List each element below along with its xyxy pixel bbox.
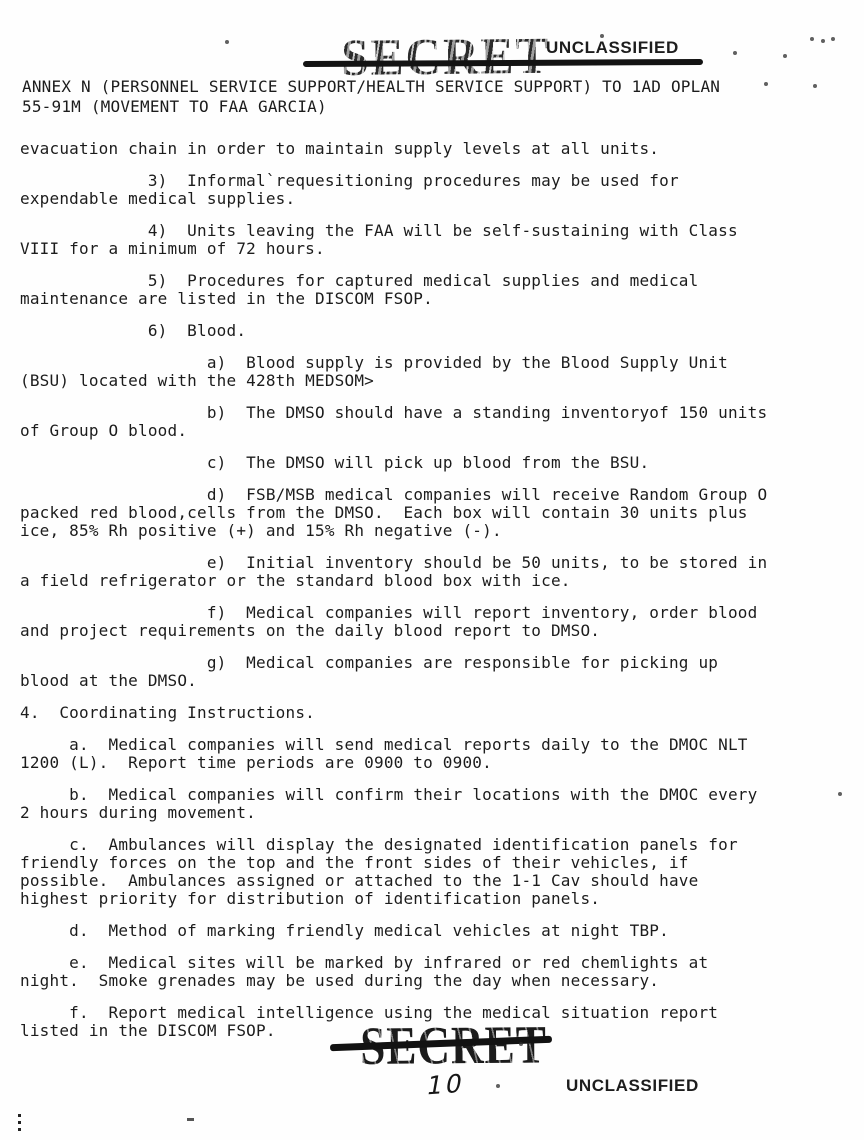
paragraph: d. Method of marking friendly medical ve… — [20, 922, 850, 940]
paragraph: g) Medical companies are responsible for… — [20, 654, 850, 690]
scan-artifact-dot — [831, 37, 835, 41]
paragraph: 4. Coordinating Instructions. — [20, 704, 850, 722]
paragraph: c) The DMSO will pick up blood from the … — [20, 454, 850, 472]
scan-artifact-tick — [18, 1114, 21, 1132]
scan-artifact-dot — [813, 84, 817, 88]
document-body: evacuation chain in order to maintain su… — [20, 140, 850, 1054]
paragraph: a) Blood supply is provided by the Blood… — [20, 354, 850, 390]
unclassified-marking-top: UNCLASSIFIED — [546, 38, 679, 58]
paragraph: e) Initial inventory should be 50 units,… — [20, 554, 850, 590]
scan-artifact-dot — [838, 792, 842, 796]
paragraph: e. Medical sites will be marked by infra… — [20, 954, 850, 990]
scan-artifact-dot — [225, 40, 229, 44]
paragraph: c. Ambulances will display the designate… — [20, 836, 850, 908]
page-number: 10 — [424, 1068, 467, 1100]
paragraph: 5) Procedures for captured medical suppl… — [20, 272, 850, 308]
scan-artifact-dot — [810, 37, 814, 41]
scan-artifact-dot — [821, 39, 825, 43]
scan-artifact-dot — [519, 1042, 523, 1046]
unclassified-marking-bottom: UNCLASSIFIED — [566, 1076, 699, 1096]
scan-artifact-dash — [187, 1118, 194, 1121]
paragraph: f) Medical companies will report invento… — [20, 604, 850, 640]
paragraph: d) FSB/MSB medical companies will receiv… — [20, 486, 850, 540]
scan-artifact-dot — [733, 51, 737, 55]
scan-artifact-dot — [600, 34, 604, 38]
paragraph: b. Medical companies will confirm their … — [20, 786, 850, 822]
paragraph: 3) Informal`requesitioning procedures ma… — [20, 172, 850, 208]
paragraph: 4) Units leaving the FAA will be self-su… — [20, 222, 850, 258]
strikethrough-line-top — [303, 59, 703, 67]
paragraph: 6) Blood. — [20, 322, 850, 340]
paragraph: a. Medical companies will send medical r… — [20, 736, 850, 772]
scan-artifact-dot — [496, 1084, 500, 1088]
scan-artifact-dot — [764, 82, 768, 86]
annex-heading: ANNEX N (PERSONNEL SERVICE SUPPORT/HEALT… — [22, 77, 720, 117]
annex-heading-line1: ANNEX N (PERSONNEL SERVICE SUPPORT/HEALT… — [22, 77, 720, 96]
annex-heading-line2: 55-91M (MOVEMENT TO FAA GARCIA) — [22, 97, 327, 116]
scanned-document-page: SECRET UNCLASSIFIED ANNEX N (PERSONNEL S… — [0, 0, 864, 1140]
scan-artifact-dot — [783, 54, 787, 58]
paragraph: b) The DMSO should have a standing inven… — [20, 404, 850, 440]
paragraph: evacuation chain in order to maintain su… — [20, 140, 850, 158]
